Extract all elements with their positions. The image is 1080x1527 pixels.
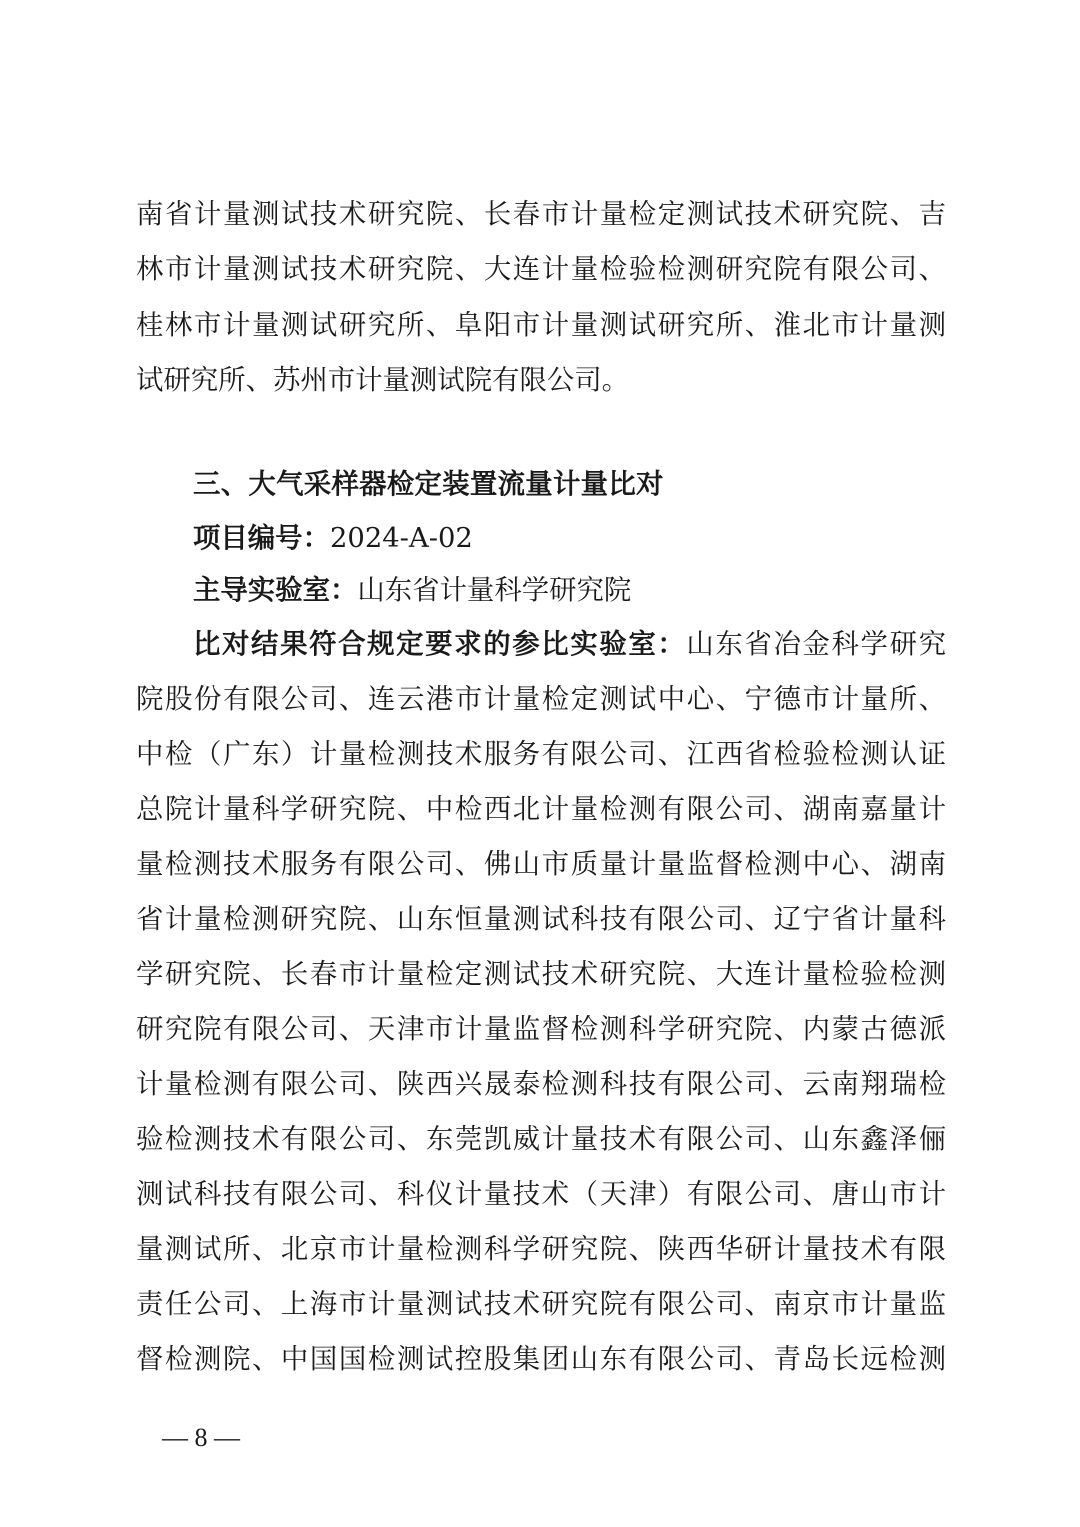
body-text-line: 验检测技术有限公司、东莞凯威计量技术有限公司、山东鑫泽俪 bbox=[136, 1122, 946, 1158]
body-text-line: 桂林市计量测试研究所、阜阳市计量测试研究所、淮北市计量测 bbox=[136, 308, 946, 344]
project-number-label: 项目编号： bbox=[193, 523, 330, 554]
section-heading: 三、大气采样器检定装置流量计量比对 bbox=[193, 467, 946, 503]
body-text-line: 督检测院、中国国检测试控股集团山东有限公司、青岛长远检测 bbox=[136, 1342, 946, 1378]
body-text-line: 研究院有限公司、天津市计量监督检测科学研究院、内蒙古德派 bbox=[136, 1012, 946, 1048]
body-text-line: 试研究所、苏州市计量测试院有限公司。 bbox=[136, 363, 946, 399]
body-text-line: 院股份有限公司、连云港市计量检定测试中心、宁德市计量所、 bbox=[136, 682, 946, 718]
body-text-line: 量检测技术服务有限公司、佛山市质量计量监督检测中心、湖南 bbox=[136, 847, 946, 883]
lead-lab-value: 山东省计量科学研究院 bbox=[357, 575, 631, 606]
qualified-labs-text: 山东省冶金科学研究 bbox=[686, 629, 946, 660]
body-text-line: 中检（广东）计量检测技术服务有限公司、江西省检验检测认证 bbox=[136, 737, 946, 773]
body-text-line: 总院计量科学研究院、中检西北计量检测有限公司、湖南嘉量计 bbox=[136, 792, 946, 828]
body-text-line: 测试科技有限公司、科仪计量技术（天津）有限公司、唐山市计 bbox=[136, 1177, 946, 1213]
lead-lab-label: 主导实验室： bbox=[193, 575, 357, 606]
body-text-line: 南省计量测试技术研究院、长春市计量检定测试技术研究院、吉 bbox=[136, 197, 946, 233]
lead-lab-row: 主导实验室：山东省计量科学研究院 bbox=[193, 573, 946, 609]
body-text-line: 计量检测有限公司、陕西兴晟泰检测科技有限公司、云南翔瑞检 bbox=[136, 1067, 946, 1103]
qualified-labs-label: 比对结果符合规定要求的参比实验室： bbox=[193, 629, 686, 660]
body-text-line: 省计量检测研究院、山东恒量测试科技有限公司、辽宁省计量科 bbox=[136, 902, 946, 938]
body-text-line: 责任公司、上海市计量测试技术研究院有限公司、南京市计量监 bbox=[136, 1287, 946, 1323]
page-number: — 8 — bbox=[162, 1420, 240, 1456]
qualified-labs-first-line: 比对结果符合规定要求的参比实验室：山东省冶金科学研究 bbox=[193, 627, 946, 663]
document-page: 南省计量测试技术研究院、长春市计量检定测试技术研究院、吉 林市计量测试技术研究院… bbox=[0, 0, 1080, 1527]
body-text-line: 林市计量测试技术研究院、大连计量检验检测研究院有限公司、 bbox=[136, 252, 946, 288]
body-text-line: 量测试所、北京市计量检测科学研究院、陕西华研计量技术有限 bbox=[136, 1232, 946, 1268]
project-number-value: 2024-A-02 bbox=[330, 523, 473, 554]
project-number-row: 项目编号：2024-A-02 bbox=[193, 521, 946, 557]
body-text-line: 学研究院、长春市计量检定测试技术研究院、大连计量检验检测 bbox=[136, 957, 946, 993]
